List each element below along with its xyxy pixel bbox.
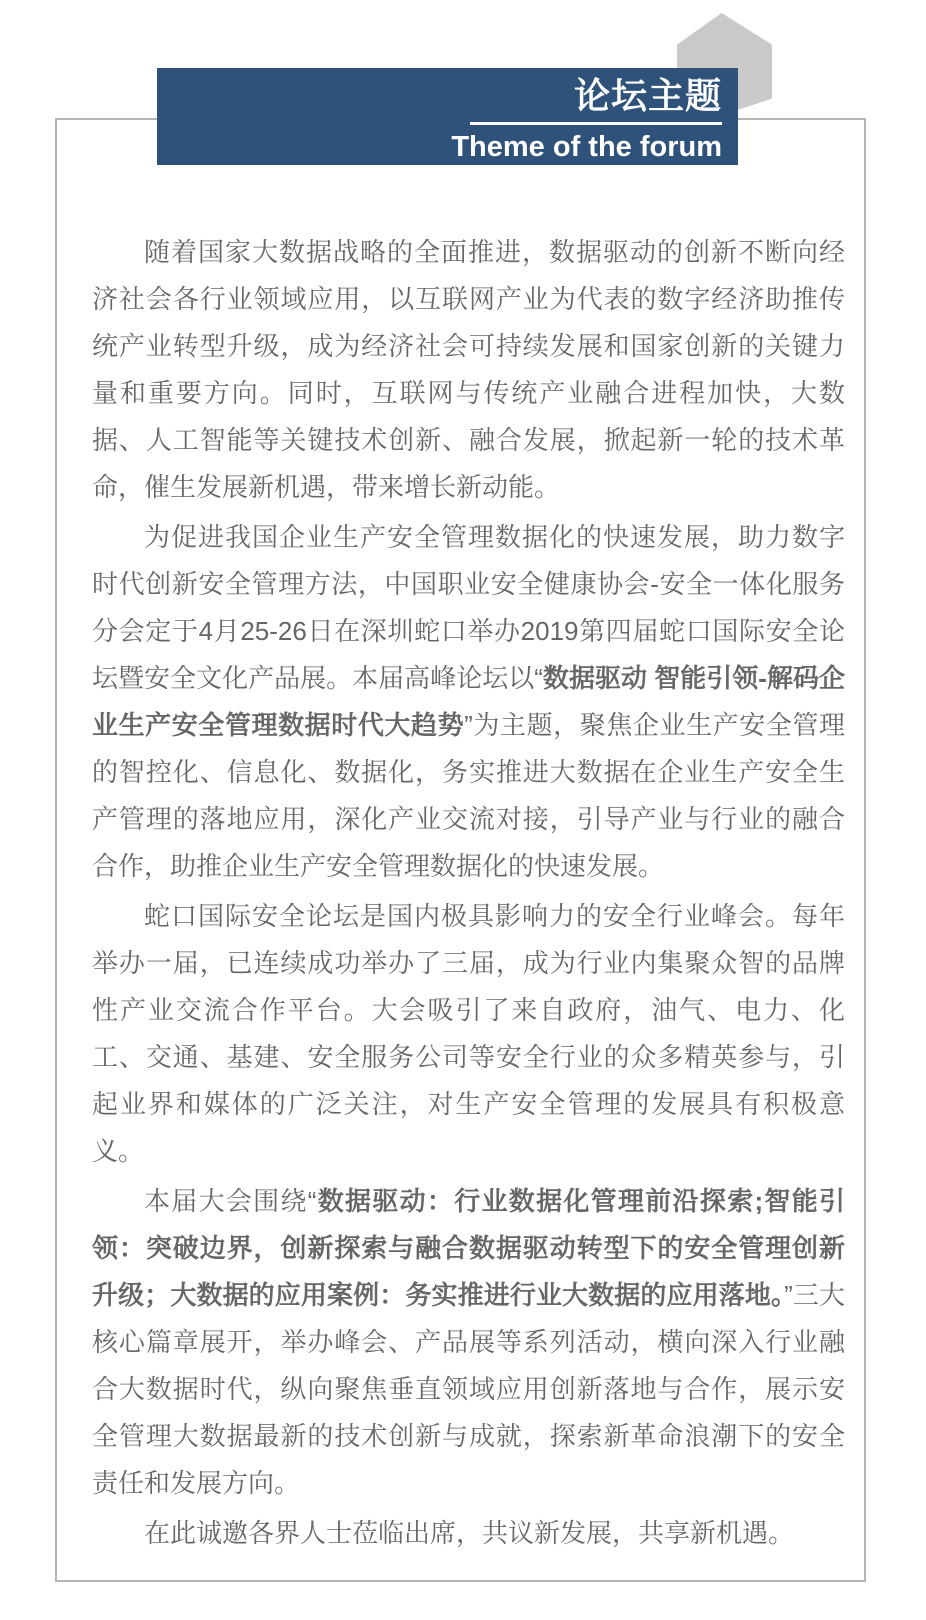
paragraph: 蛇口国际安全论坛是国内极具影响力的安全行业峰会。每年举办一届，已连续成功举办了三… (92, 893, 845, 1175)
paragraph: 本届大会围绕“数据驱动：行业数据化管理前沿探索;智能引领：突破边界，创新探索与融… (92, 1178, 845, 1507)
paragraph-run: 蛇口国际安全论坛是国内极具影响力的安全行业峰会。每年举办一届，已连续成功举办了三… (92, 901, 845, 1166)
paragraph: 为促进我国企业生产安全管理数据化的快速发展，助力数字时代创新安全管理方法，中国职… (92, 514, 845, 890)
paragraph-run: 本届大会围绕“ (144, 1186, 316, 1216)
paragraph-run: 随着国家大数据战略的全面推进，数据驱动的创新不断向经济社会各行业领域应用，以互联… (92, 237, 845, 502)
section-title-cn: 论坛主题 (173, 73, 722, 119)
section-title-en: Theme of the forum (173, 131, 722, 163)
title-divider (470, 122, 722, 125)
paragraph: 随着国家大数据战略的全面推进，数据驱动的创新不断向经济社会各行业领域应用，以互联… (92, 229, 845, 511)
section-header-banner: 论坛主题 Theme of the forum (157, 68, 738, 165)
paragraph: 在此诚邀各界人士莅临出席，共议新发展，共享新机遇。 (92, 1510, 845, 1557)
article-page: 论坛主题 Theme of the forum 随着国家大数据战略的全面推进，数… (0, 0, 926, 1620)
paragraph-run: 在此诚邀各界人士莅临出席，共议新发展，共享新机遇。 (144, 1518, 794, 1548)
paragraph-run: ”三大核心篇章展开，举办峰会、产品展等系列活动，横向深入行业融合大数据时代，纵向… (92, 1280, 845, 1498)
article-body: 随着国家大数据战略的全面推进，数据驱动的创新不断向经济社会各行业领域应用，以互联… (92, 229, 845, 1560)
